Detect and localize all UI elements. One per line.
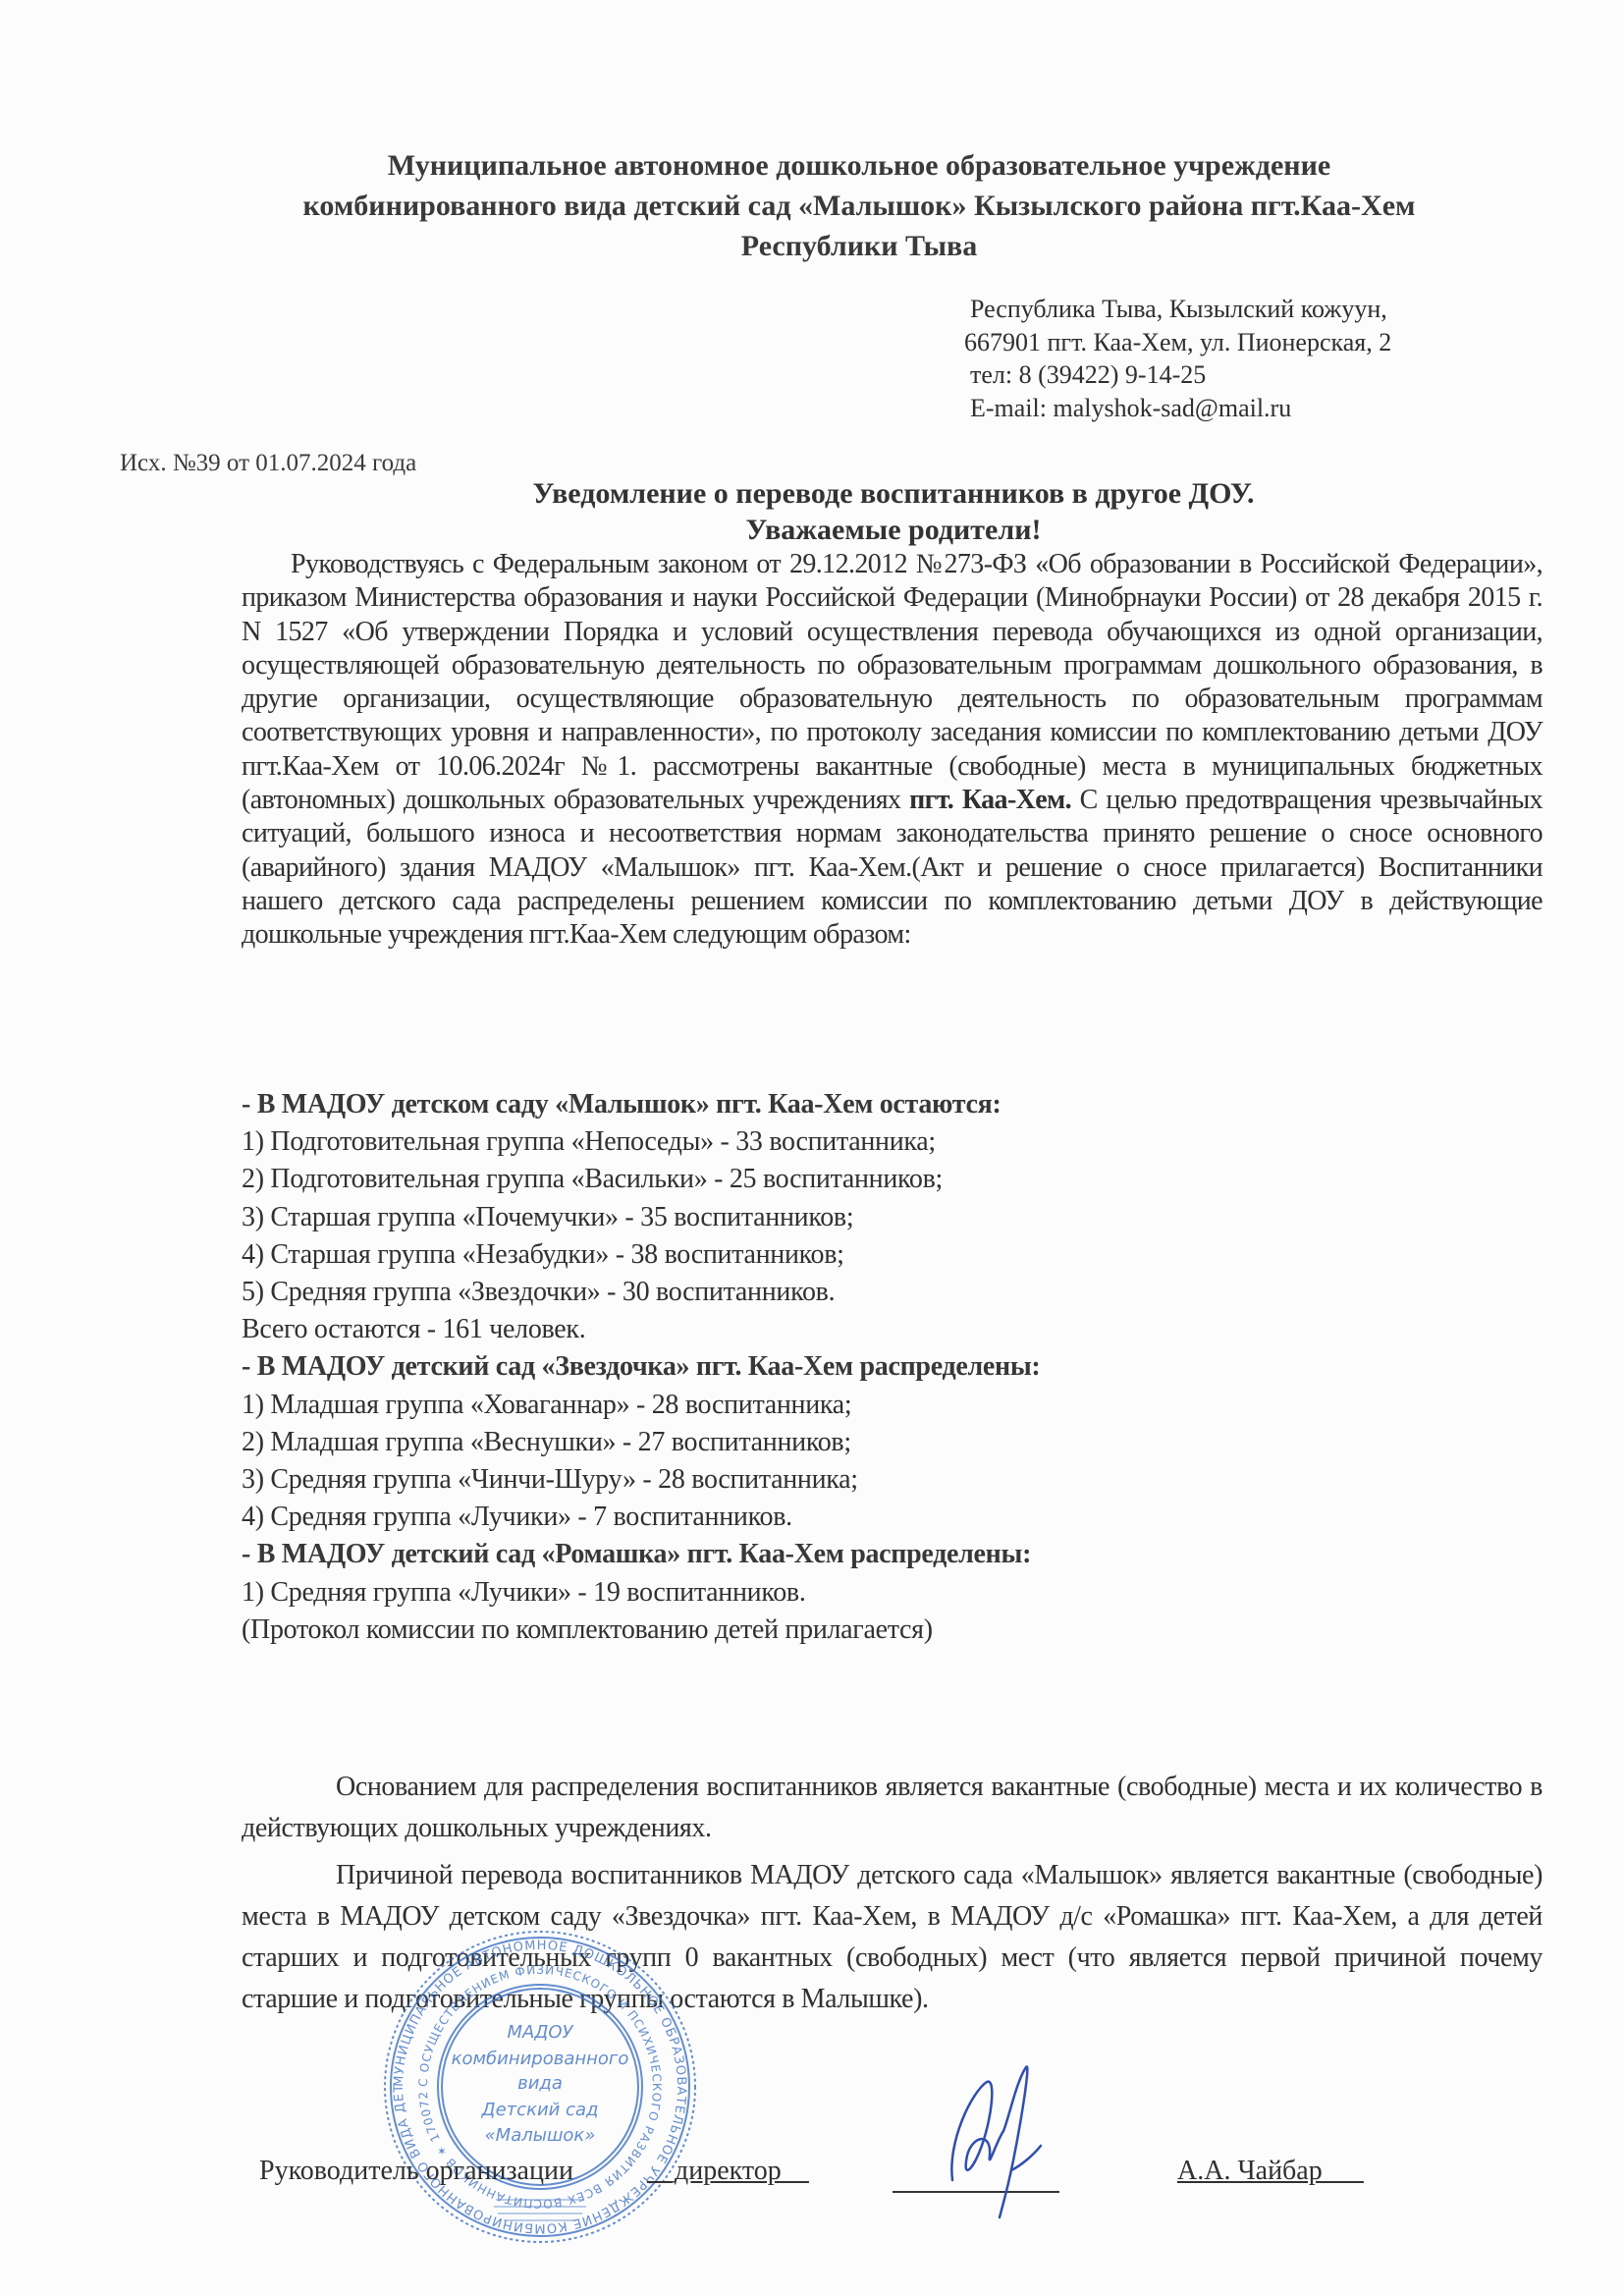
address-line-2: 667901 пгт. Каа-Хем, ул. Пионерская, 2 bbox=[964, 326, 1520, 359]
signatory-position: __директор__ bbox=[647, 2156, 809, 2187]
list-item: 4) Средняя группа «Лучики» - 7 воспитанн… bbox=[242, 1499, 1543, 1536]
header-line: Муниципальное автономное дошкольное обра… bbox=[226, 145, 1492, 186]
svg-text:МАДОУ: МАДОУ bbox=[507, 2022, 573, 2043]
handwritten-signature bbox=[943, 2062, 1051, 2219]
paragraph-bold-location: пгт. Каа-Хем. bbox=[909, 785, 1071, 815]
signatory-name: А.А. Чайбар___ bbox=[1177, 2156, 1364, 2187]
address-block: Республика Тыва, Кызылский кожуун, 66790… bbox=[970, 293, 1520, 424]
main-paragraph: Руководствуясь с Федеральным законом от … bbox=[242, 548, 1543, 953]
list-item: 2) Подготовительная группа «Васильки» - … bbox=[242, 1161, 1543, 1198]
svg-text:«Малышок»: «Малышок» bbox=[485, 2125, 596, 2146]
list-item: 4) Старшая группа «Незабудки» - 38 воспи… bbox=[242, 1236, 1543, 1274]
address-line-1: Республика Тыва, Кызылский кожуун, bbox=[970, 293, 1520, 326]
closing-paragraph-basis: Основанием для распределения воспитанник… bbox=[242, 1767, 1543, 1849]
list-item: 5) Средняя группа «Звездочки» - 30 воспи… bbox=[242, 1274, 1543, 1311]
distribution-lists: - В МАДОУ детском саду «Малышок» пгт. Ка… bbox=[242, 1086, 1543, 1649]
header-line: Республики Тыва bbox=[226, 226, 1492, 266]
section-heading-romashka: - В МАДОУ детский сад «Ромашка» пгт. Каа… bbox=[242, 1536, 1543, 1573]
signatory-role: Руководитель организации bbox=[259, 2156, 573, 2187]
organization-header: Муниципальное автономное дошкольное обра… bbox=[226, 145, 1492, 266]
svg-text:комбинированного: комбинированного bbox=[452, 2049, 629, 2069]
section-heading-zvezdochka: - В МАДОУ детский сад «Звездочка» пгт. К… bbox=[242, 1348, 1543, 1386]
list-item: 2) Младшая группа «Веснушки» - 27 воспит… bbox=[242, 1424, 1543, 1461]
section-heading-malyshok: - В МАДОУ детском саду «Малышок» пгт. Ка… bbox=[242, 1086, 1543, 1123]
total-remaining: Всего остаются - 161 человек. bbox=[242, 1311, 1543, 1348]
svg-text:Детский сад: Детский сад bbox=[481, 2100, 599, 2120]
svg-text:вида: вида bbox=[517, 2073, 563, 2094]
header-line: комбинированного вида детский сад «Малыш… bbox=[226, 186, 1492, 226]
list-item: 1) Средняя группа «Лучики» - 19 воспитан… bbox=[242, 1574, 1543, 1612]
list-item: 3) Средняя группа «Чинчи-Шуру» - 28 восп… bbox=[242, 1461, 1543, 1499]
document-title: Уведомление о переводе воспитанников в д… bbox=[236, 475, 1551, 548]
outgoing-reference: Исх. №39 от 01.07.2024 года bbox=[120, 450, 416, 477]
email: E-mail: malyshok-sad@mail.ru bbox=[970, 392, 1520, 425]
phone: тел: 8 (39422) 9-14-25 bbox=[970, 358, 1520, 392]
list-item: 3) Старшая группа «Почемучки» - 35 воспи… bbox=[242, 1199, 1543, 1236]
protocol-note: (Протокол комиссии по комплектованию дет… bbox=[242, 1612, 1543, 1649]
official-stamp: МУНИЦИПАЛЬНОЕ АВТОНОМНОЕ ДОШКОЛЬНОЕ ОБРА… bbox=[378, 1925, 702, 2249]
paragraph-text-1: Руководствуясь с Федеральным законом от … bbox=[242, 549, 1543, 815]
greeting: Уважаемые родители! bbox=[236, 512, 1551, 548]
title-main: Уведомление о переводе воспитанников в д… bbox=[236, 475, 1551, 512]
list-item: 1) Подготовительная группа «Непоседы» - … bbox=[242, 1123, 1543, 1161]
list-item: 1) Младшая группа «Ховаганнар» - 28 восп… bbox=[242, 1387, 1543, 1424]
